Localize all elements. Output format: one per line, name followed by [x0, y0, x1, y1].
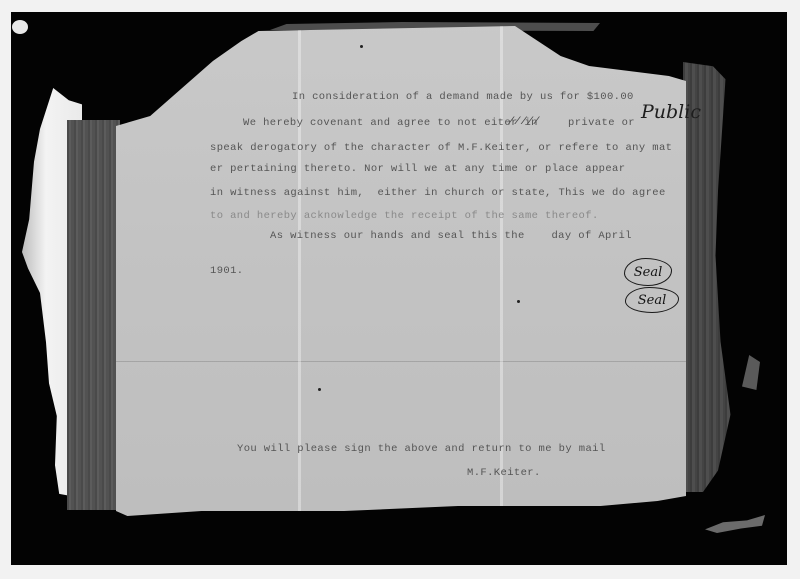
line-8-year: 1901.: [210, 265, 244, 277]
signature: M.F.Keiter.: [467, 467, 541, 479]
line-2-cont: private or: [568, 117, 635, 129]
ink-spot: [360, 45, 363, 48]
footer-instruction: You will please sign the above and retur…: [237, 443, 606, 455]
line-3: speak derogatory of the character of M.F…: [210, 142, 672, 154]
ink-spot: [318, 388, 321, 391]
line-5: in witness against him, either in church…: [210, 187, 666, 199]
paper-fragment: [12, 20, 28, 34]
line-2: We hereby covenant and agree to not eite…: [243, 117, 538, 129]
line-7: As witness our hands and seal this the d…: [270, 230, 632, 242]
handwritten-public: Public: [641, 101, 701, 123]
line-6: to and hereby acknowledge the receipt of…: [210, 210, 599, 222]
line-4: er pertaining thereto. Nor will we at an…: [210, 163, 625, 175]
struck-word: /////: [508, 116, 540, 128]
left-mount-strip: [67, 120, 120, 510]
ink-spot: [517, 300, 520, 303]
line-1: In consideration of a demand made by us …: [292, 91, 634, 103]
